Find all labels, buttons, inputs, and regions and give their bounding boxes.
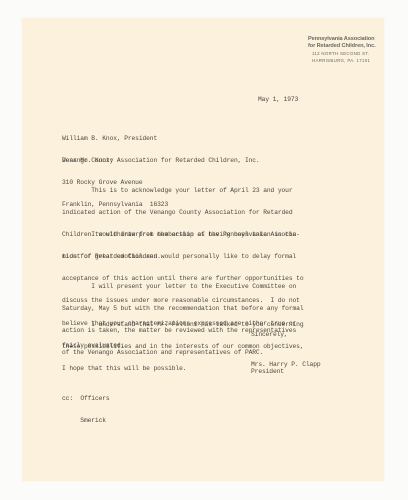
- cc-label: cc:: [62, 395, 73, 402]
- paragraph-line: This is to acknowledge your letter of Ap…: [62, 187, 362, 194]
- cc-line-2: Smerick: [62, 417, 110, 424]
- cc-recipient: Officers: [80, 395, 109, 402]
- closing: Sincerely,: [251, 331, 288, 338]
- letterhead-org-line2: for Retarded Children, Inc.: [308, 43, 376, 50]
- cc-recipient: Smerick: [80, 417, 106, 424]
- paragraph-line: I understand that Mr. Polloni has talked…: [62, 321, 362, 328]
- salutation: Dear Mr. Knox:: [62, 157, 113, 164]
- cc-block: cc: Officers Smerick: [62, 380, 110, 439]
- signer-title: President: [251, 368, 284, 375]
- paragraph-line: I would interpret the action as having b…: [62, 231, 362, 238]
- paragraph-line: I will present your letter to the Execut…: [62, 283, 362, 290]
- letter-date: May 1, 1973: [258, 96, 298, 103]
- cc-line-1: cc: Officers: [62, 395, 110, 402]
- letterhead-address-line2: HARRISBURG, PA. 17101: [312, 57, 376, 64]
- recipient-line: William B. Knox, President: [62, 135, 260, 142]
- paragraph-line: these possibilities and in the interests…: [62, 343, 362, 350]
- letterhead: Pennsylvania Association for Retarded Ch…: [308, 36, 376, 64]
- letterhead-org-line1: Pennsylvania Association: [308, 36, 376, 43]
- letter-page: Pennsylvania Association for Retarded Ch…: [22, 18, 384, 481]
- letterhead-address-line1: 112 NORTH SECOND ST.: [312, 50, 376, 57]
- body-paragraph-4: I understand that Mr. Polloni has talked…: [62, 306, 362, 387]
- paragraph-line: midst of great emotion and would persona…: [62, 253, 362, 260]
